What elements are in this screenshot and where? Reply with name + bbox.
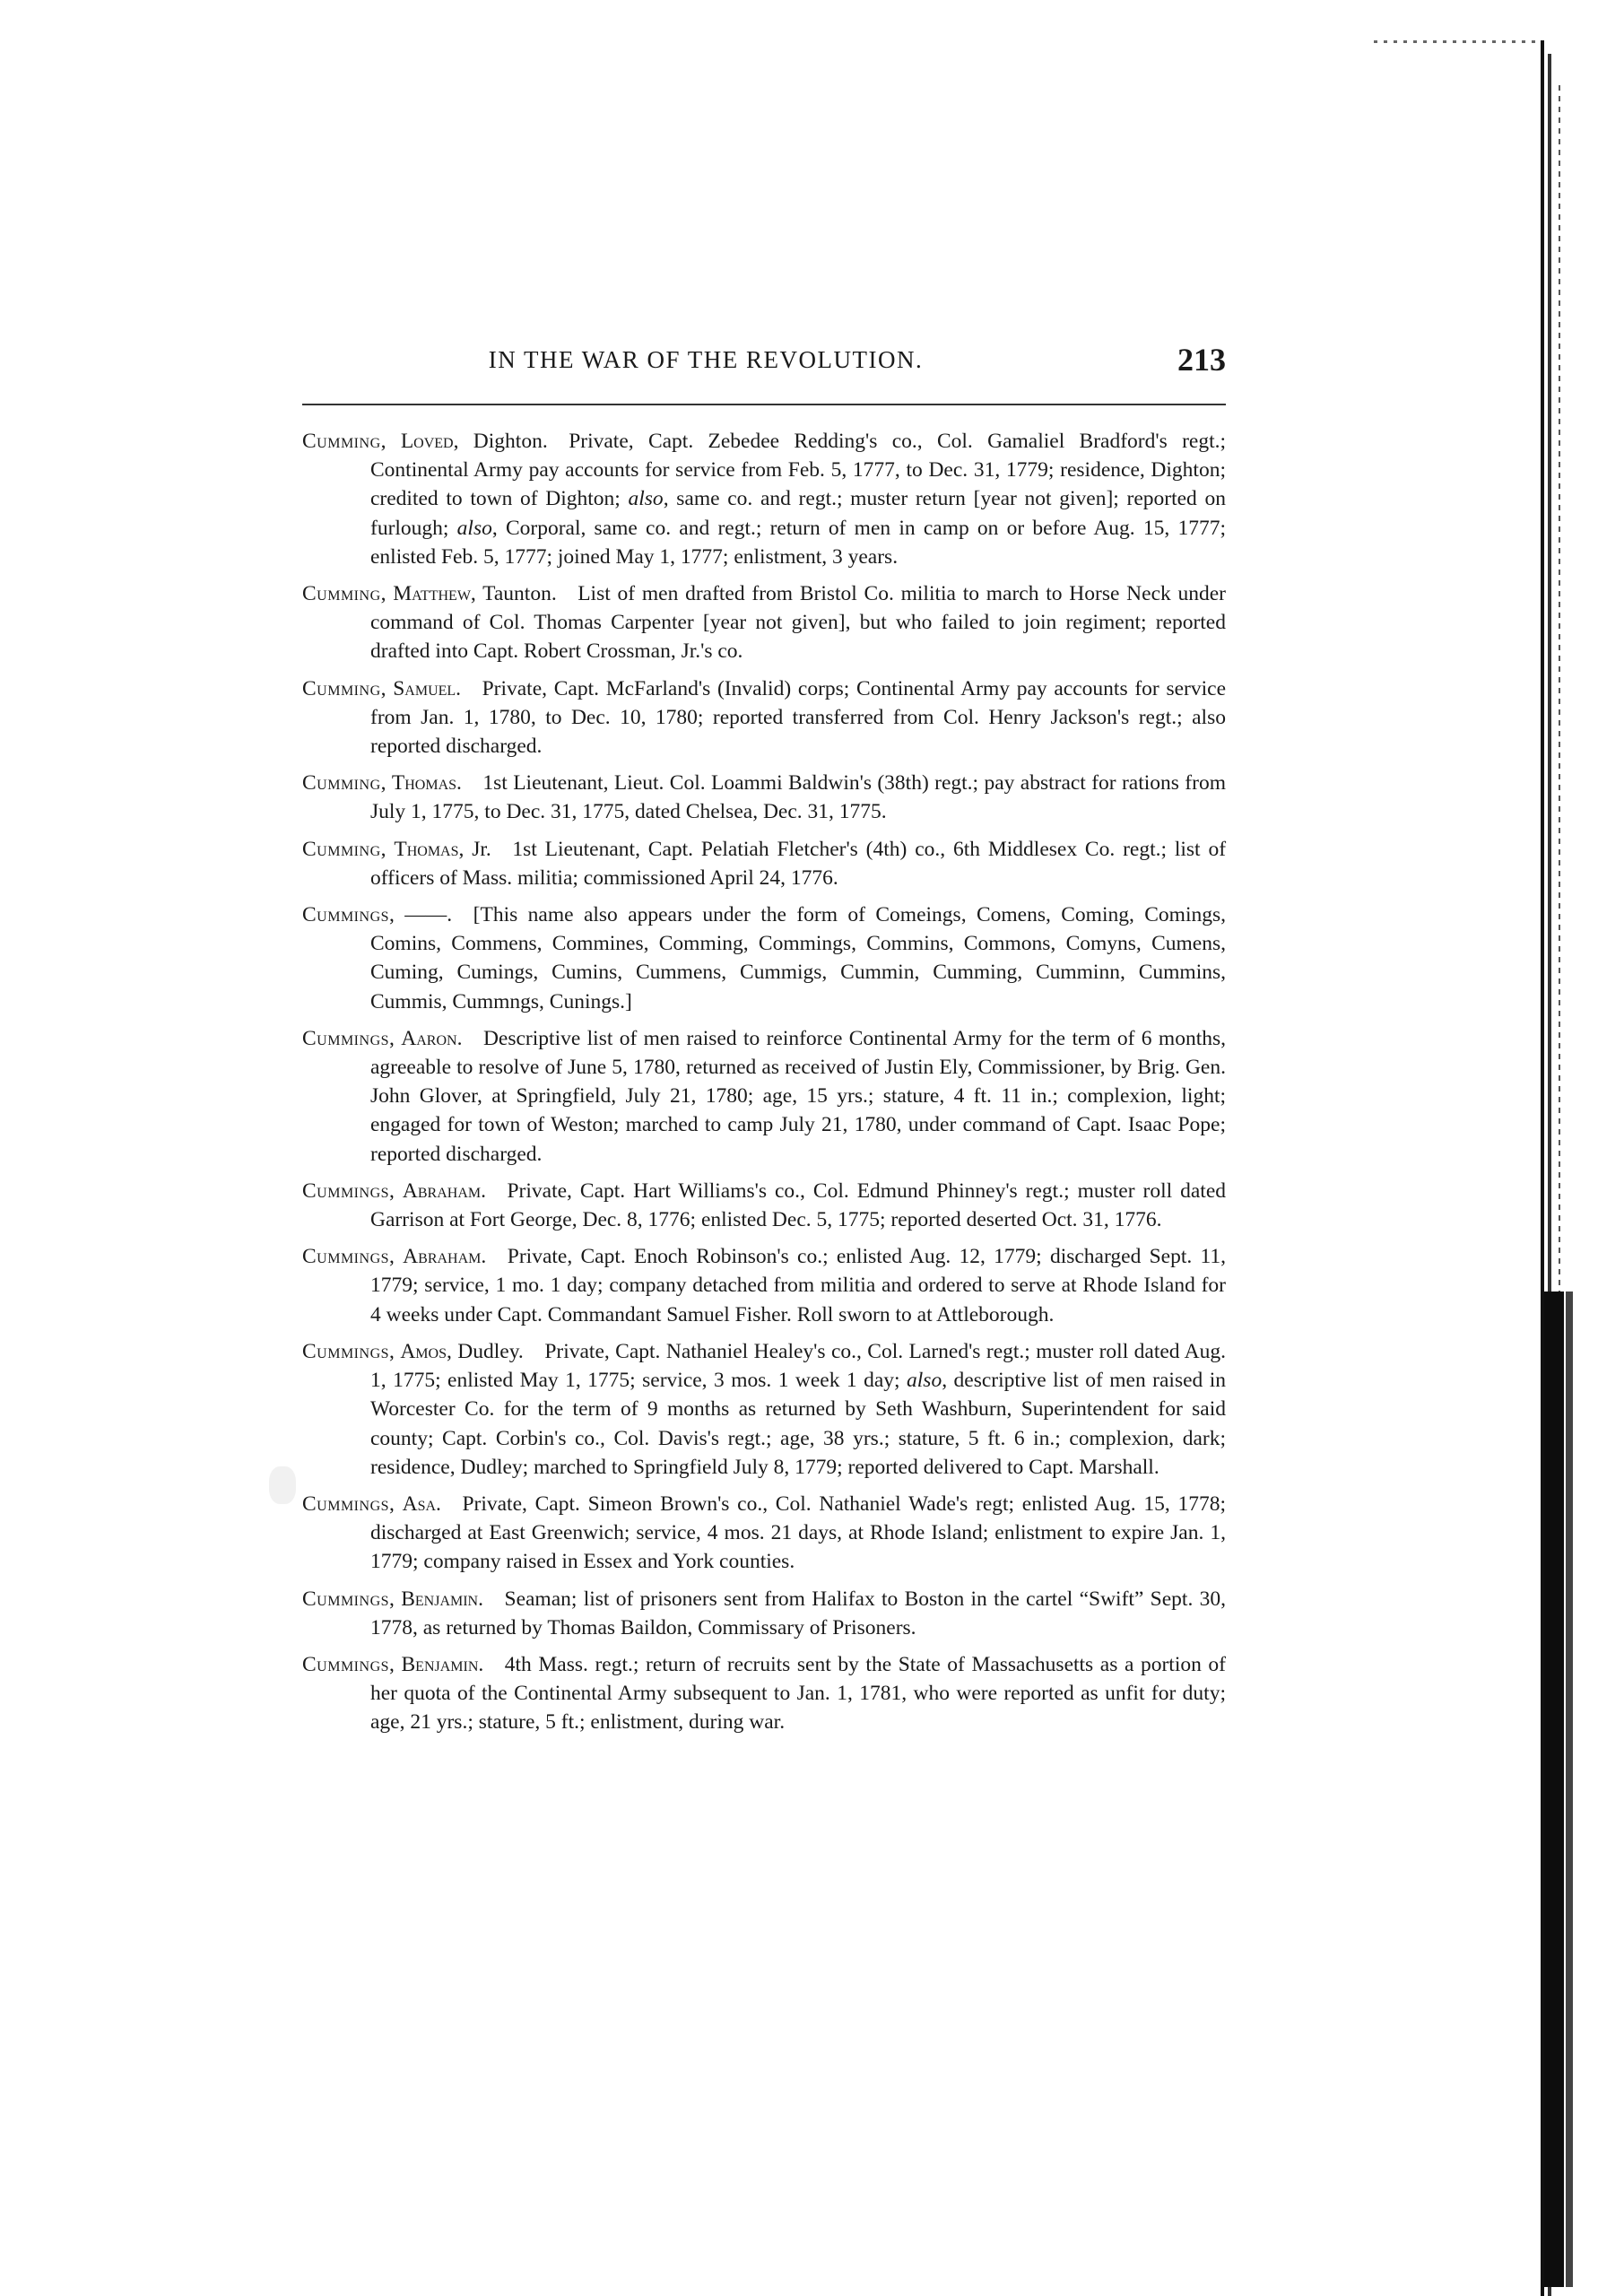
entry-given-name: ——. xyxy=(404,903,452,926)
entry-text: 1st Lieutenant, Capt. Pelatiah Fletcher'… xyxy=(370,838,1226,890)
entry-list: Cumming, Loved, Dighton. Private, Capt. … xyxy=(302,427,1226,1745)
entry: Cummings, Abraham. Private, Capt. Enoch … xyxy=(302,1242,1226,1329)
entry-surname: Cumming xyxy=(302,838,381,861)
entry-text: 4th Mass. regt.; return of recruits sent… xyxy=(370,1653,1226,1734)
page-binding-edge xyxy=(1490,40,1598,2296)
scan-smudge xyxy=(269,1466,296,1504)
entry-surname: Cummings xyxy=(302,1245,389,1268)
entry: Cummings, Benjamin. Seaman; list of pris… xyxy=(302,1585,1226,1642)
entry-given-name: Matthew xyxy=(393,582,471,605)
entry-given-name: Asa. xyxy=(403,1492,441,1516)
entry: Cummings, Benjamin. 4th Mass. regt.; ret… xyxy=(302,1650,1226,1737)
entry-surname: Cummings xyxy=(302,1492,389,1516)
entry-text: Private, Capt. Hart Williams's co., Col.… xyxy=(370,1179,1226,1231)
entry-given-name: Benjamin. xyxy=(401,1587,483,1611)
entry-surname: Cumming xyxy=(302,771,381,795)
entry-text: Private, Capt. Simeon Brown's co., Col. … xyxy=(370,1492,1226,1573)
entry: Cumming, Samuel. Private, Capt. McFarlan… xyxy=(302,674,1226,761)
entry-given-name: Amos xyxy=(400,1340,447,1363)
page-number: 213 xyxy=(1177,341,1226,378)
entry-given-name: Abraham. xyxy=(403,1245,486,1268)
entry: Cumming, Loved, Dighton. Private, Capt. … xyxy=(302,427,1226,571)
entry-surname: Cummings xyxy=(302,1653,389,1676)
entry: Cummings, Amos, Dudley. Private, Capt. N… xyxy=(302,1337,1226,1482)
entry: Cummings, Asa. Private, Capt. Simeon Bro… xyxy=(302,1490,1226,1577)
entry-surname: Cumming xyxy=(302,430,381,453)
entry-text: Descriptive list of men raised to reinfo… xyxy=(370,1027,1226,1166)
entry-place: Jr. xyxy=(472,838,491,861)
entry: Cummings, ——. [This name also appears un… xyxy=(302,900,1226,1016)
entry-surname: Cumming xyxy=(302,582,381,605)
entry-text: Private, Capt. Enoch Robinson's co.; enl… xyxy=(370,1245,1226,1326)
entry-surname: Cummings xyxy=(302,1340,389,1363)
entry: Cumming, Matthew, Taunton. List of men d… xyxy=(302,579,1226,666)
entry-place: Dighton. xyxy=(473,430,548,453)
entry-text: [This name also appears under the form o… xyxy=(370,903,1226,1013)
entry-place: Dudley. xyxy=(457,1340,524,1363)
entry-surname: Cumming xyxy=(302,677,381,700)
entry-given-name: Thomas xyxy=(394,838,458,861)
entry-surname: Cummings xyxy=(302,1027,389,1050)
entry-given-name: Loved xyxy=(401,430,454,453)
entry-given-name: Thomas. xyxy=(392,771,462,795)
entry-place: Taunton. xyxy=(482,582,557,605)
entry-given-name: Benjamin. xyxy=(402,1653,484,1676)
entry-given-name: Aaron. xyxy=(401,1027,462,1050)
entry-surname: Cummings xyxy=(302,1179,389,1203)
entry-given-name: Abraham. xyxy=(403,1179,486,1203)
entry: Cummings, Abraham. Private, Capt. Hart W… xyxy=(302,1177,1226,1234)
entry: Cumming, Thomas. 1st Lieutenant, Lieut. … xyxy=(302,769,1226,826)
binding-shadow xyxy=(1544,1291,1564,2287)
header-rule xyxy=(302,404,1226,405)
entry: Cummings, Aaron. Descriptive list of men… xyxy=(302,1024,1226,1169)
entry-text: 1st Lieutenant, Lieut. Col. Loammi Baldw… xyxy=(370,771,1226,823)
running-head: IN THE WAR OF THE REVOLUTION. xyxy=(302,346,1109,374)
entry-text: Private, Capt. McFarland's (Invalid) cor… xyxy=(370,677,1226,758)
scan-noise xyxy=(1374,40,1544,43)
binding-shadow xyxy=(1566,1291,1573,2287)
entry: Cumming, Thomas, Jr. 1st Lieutenant, Cap… xyxy=(302,835,1226,892)
entry-surname: Cummings xyxy=(302,903,389,926)
entry-text: Seaman; list of prisoners sent from Hali… xyxy=(370,1587,1226,1639)
entry-surname: Cummings xyxy=(302,1587,389,1611)
page-header: IN THE WAR OF THE REVOLUTION. 213 xyxy=(302,341,1226,395)
entry-given-name: Samuel. xyxy=(393,677,461,700)
